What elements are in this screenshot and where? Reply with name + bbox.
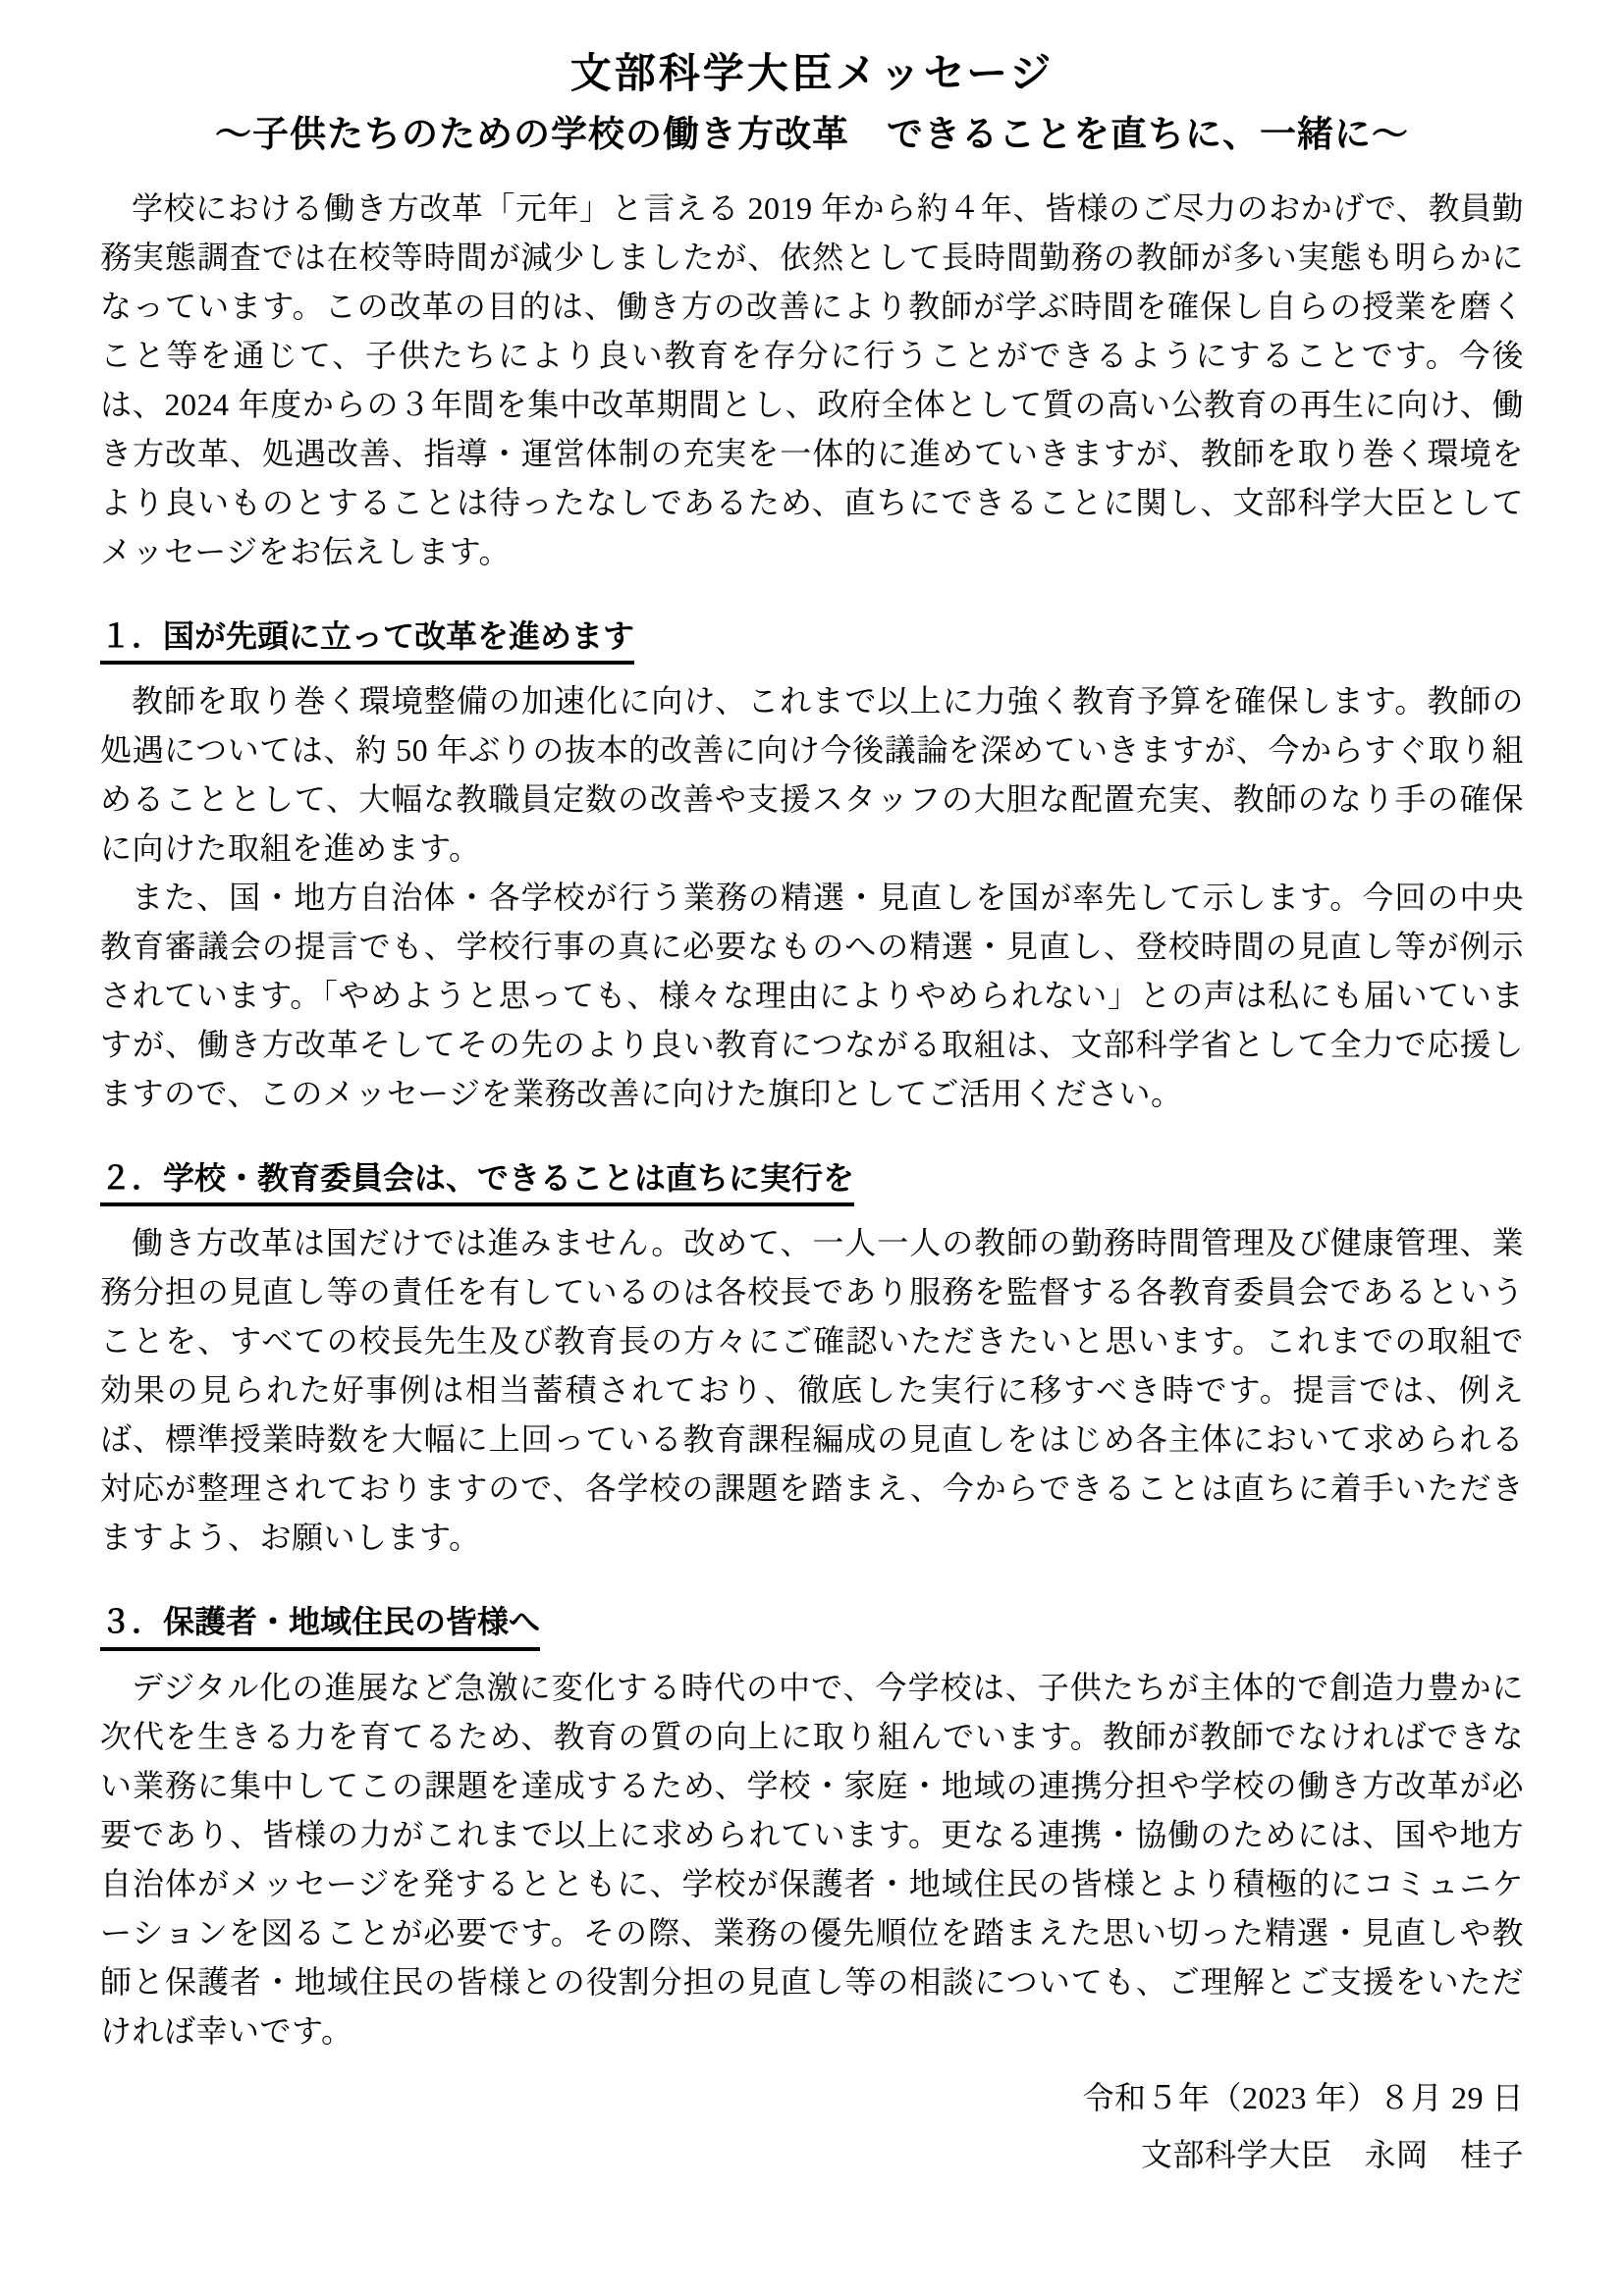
- document-page: 文部科学大臣メッセージ ～子供たちのための学校の働き方改革 できることを直ちに、…: [0, 0, 1624, 2296]
- section-1-paragraph-1: 教師を取り巻く環境整備の加速化に向け、これまで以上に力強く教育予算を確保します。…: [100, 676, 1524, 873]
- section-3-heading: ３．保護者・地域住民の皆様へ: [100, 1603, 1524, 1650]
- document-title: 文部科学大臣メッセージ: [100, 47, 1524, 101]
- signature-line: 文部科学大臣 永岡 桂子: [100, 2126, 1524, 2183]
- section-1-heading: １．国が先頭に立って改革を進めます: [100, 617, 1524, 665]
- section-1: １．国が先頭に立って改革を進めます 教師を取り巻く環境整備の加速化に向け、これま…: [100, 617, 1524, 1118]
- section-2-paragraph-1: 働き方改革は国だけでは進みません。改めて、一人一人の教師の勤務時間管理及び健康管…: [100, 1218, 1524, 1562]
- sign-off-block: 令和５年（2023 年）８月 29 日 文部科学大臣 永岡 桂子: [100, 2069, 1524, 2183]
- section-2: ２．学校・教育委員会は、できることは直ちに実行を 働き方改革は国だけでは進みませ…: [100, 1159, 1524, 1562]
- section-3: ３．保護者・地域住民の皆様へ デジタル化の進展など急激に変化する時代の中で、今学…: [100, 1603, 1524, 2055]
- section-1-paragraph-2: また、国・地方自治体・各学校が行う業務の精選・見直しを国が率先して示します。今回…: [100, 873, 1524, 1118]
- section-3-heading-text: ３．保護者・地域住民の皆様へ: [100, 1603, 540, 1650]
- document-subtitle: ～子供たちのための学校の働き方改革 できることを直ちに、一緒に～: [100, 111, 1524, 158]
- section-2-heading-text: ２．学校・教育委員会は、できることは直ちに実行を: [100, 1159, 854, 1206]
- section-2-heading: ２．学校・教育委員会は、できることは直ちに実行を: [100, 1159, 1524, 1206]
- date-line: 令和５年（2023 年）８月 29 日: [100, 2069, 1524, 2126]
- section-3-paragraph-1: デジタル化の進展など急激に変化する時代の中で、今学校は、子供たちが主体的で創造力…: [100, 1663, 1524, 2056]
- intro-paragraph: 学校における働き方改革「元年」と言える 2019 年から約４年、皆様のご尽力のお…: [100, 184, 1524, 576]
- section-1-heading-text: １．国が先頭に立って改革を進めます: [100, 617, 634, 665]
